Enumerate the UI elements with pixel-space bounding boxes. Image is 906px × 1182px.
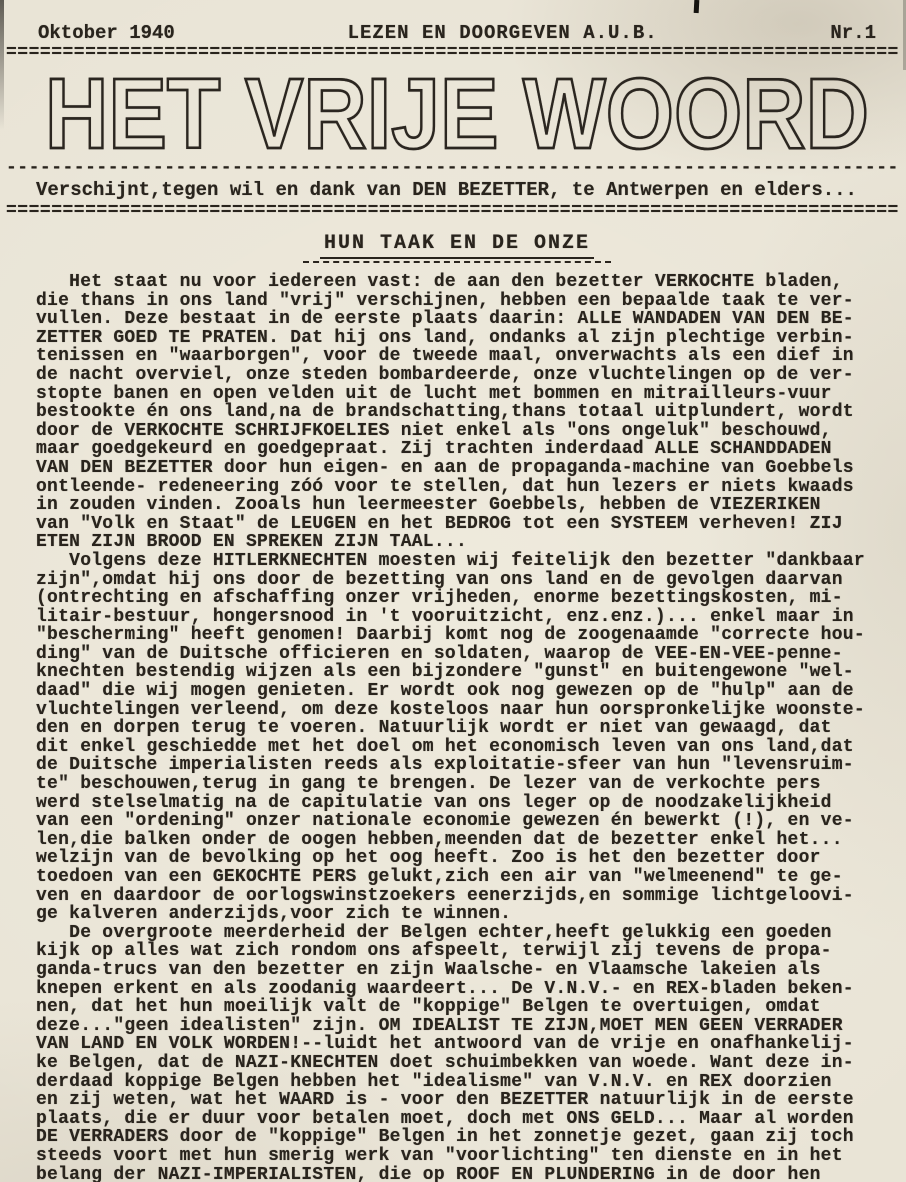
article-line: Het staat nu voor iedereen vast: de aan … [36, 273, 878, 292]
article-line: knepen erkent en als zoodanig waardeert.… [36, 980, 878, 999]
article-line: die thans in ons land "vrij" verschijnen… [36, 292, 878, 311]
article-line: zijn",omdat hij ons door de bezetting va… [36, 571, 878, 590]
article-line: van een "ordening" onzer nationale econo… [36, 812, 878, 831]
masthead-subtitle: Verschijnt,tegen wil en dank van DEN BEZ… [36, 179, 878, 201]
article-line: tenissen en "waarborgen", voor de tweede… [36, 347, 878, 366]
article-line: dit enkel geschiedde met het doel om het… [36, 738, 878, 757]
article-line: van "Volk en Staat" de LEUGEN en het BED… [36, 515, 878, 534]
article-line: ZETTER GOED TE PRATEN. Dat hij ons land,… [36, 329, 878, 348]
article-line: knechten bestendig wijzen als een bijzon… [36, 663, 878, 682]
scan-artifact-tick [694, 0, 700, 13]
article-line: VAN DEN BEZETTER door hun eigen- en aan … [36, 459, 878, 478]
double-rule-top: ========================================… [6, 46, 898, 61]
article-line: VAN LAND EN VOLK WORDEN!--luidt het antw… [36, 1035, 878, 1054]
article-line: ke Belgen, dat de NAZI-KNECHTEN doet sch… [36, 1054, 878, 1073]
article-line: vullen. Deze bestaat in de eerste plaats… [36, 310, 878, 329]
article-line: ge kalveren anderzijds,voor zich te winn… [36, 905, 878, 924]
top-header-row: Oktober 1940 LEZEN EN DOORGEVEN A.U.B. N… [36, 20, 878, 44]
newspaper-page: Oktober 1940 LEZEN EN DOORGEVEN A.U.B. N… [0, 0, 906, 1182]
article-line: ETEN ZIJN BROOD EN SPREKEN ZIJN TAAL... [36, 533, 878, 552]
article-line: de Duitsche imperialisten reeds als expl… [36, 756, 878, 775]
article-line: plaats, die er duur voor betalen moet, d… [36, 1110, 878, 1129]
article-line: bestookte én ons land,na de brandschatti… [36, 403, 878, 422]
article-line: derdaad koppige Belgen hebben het "ideal… [36, 1073, 878, 1092]
masthead-title: HET VRIJE WOORD [45, 66, 869, 162]
dash-rule: ----------------------------------------… [6, 162, 898, 175]
article-line: stopte banen en open velden uit de lucht… [36, 385, 878, 404]
issue-date: Oktober 1940 [38, 22, 175, 44]
article-line: maar goedgekeurd en goedgepraat. Zij tra… [36, 440, 878, 459]
article-line: door de VERKOCHTE SCHRIJFKOELIES niet en… [36, 422, 878, 441]
article-line: nen, dat het hun moeilijk valt de "koppi… [36, 998, 878, 1017]
article-line: litair-bestuur, hongersnood in 't voorui… [36, 608, 878, 627]
masthead: HET VRIJE WOORD [36, 66, 878, 162]
article-line: belang der NAZI-IMPERIALISTEN, die op RO… [36, 1166, 878, 1182]
issue-number: Nr.1 [830, 22, 876, 44]
masthead-lettering: HET VRIJE WOORD [36, 66, 878, 162]
article-line: (ontrechting en afschaffing onzer vrijhe… [36, 589, 878, 608]
article-line: De overgroote meerderheid der Belgen ech… [36, 924, 878, 943]
article-line: daad" die wij mogen genieten. Er wordt o… [36, 682, 878, 701]
article-line: ven en daardoor de oorlogswinstzoekers e… [36, 887, 878, 906]
page-content: Oktober 1940 LEZEN EN DOORGEVEN A.U.B. N… [0, 0, 906, 1182]
article-line: en zij weten, wat het WAARD is - voor de… [36, 1091, 878, 1110]
article-line: ding" van de Duitsche officieren en sold… [36, 645, 878, 664]
pass-along-instruction: LEZEN EN DOORGEVEN A.U.B. [348, 22, 658, 44]
article-line: DE VERRADERS door de "koppige" Belgen in… [36, 1128, 878, 1147]
double-rule-bottom: ========================================… [6, 204, 898, 219]
scan-artifact-left-edge [0, 0, 4, 130]
article-line: vluchtelingen verleend, om deze kosteloo… [36, 701, 878, 720]
article-body: Het staat nu voor iedereen vast: de aan … [36, 273, 878, 1182]
article-line: in zouden vinden. Zooals hun leermeester… [36, 496, 878, 515]
article-line: de nacht overviel, onze steden bombardee… [36, 366, 878, 385]
article-line: werd stelselmatig na de capitulatie van … [36, 794, 878, 813]
article-line: kijk op alles wat zich rondom ons afspee… [36, 942, 878, 961]
article-line: te" beschouwen,terug in gang te brengen.… [36, 775, 878, 794]
article-line: ontleende- redeneering zóó voor te stell… [36, 478, 878, 497]
article-heading: HUN TAAK EN DE ONZE [36, 232, 878, 263]
article-heading-text: HUN TAAK EN DE ONZE [320, 232, 594, 259]
article-line: steeds voort met hun smerig werk van "vo… [36, 1147, 878, 1166]
article-line: den en dorpen terug te voeren. Natuurlij… [36, 719, 878, 738]
article-line: toedoen van een GEKOCHTE PERS gelukt,zic… [36, 868, 878, 887]
article-line: Volgens deze HITLERKNECHTEN moesten wij … [36, 552, 878, 571]
article-line: len,die balken onder de oogen hebben,mee… [36, 831, 878, 850]
article-line: ganda-trucs van den bezetter en zijn Waa… [36, 961, 878, 980]
article-line: "bescherming" heeft genomen! Daarbij kom… [36, 626, 878, 645]
article-line: welzijn van de bevolking op het oog heef… [36, 849, 878, 868]
article-line: deze..."geen idealisten" zijn. OM IDEALI… [36, 1017, 878, 1036]
